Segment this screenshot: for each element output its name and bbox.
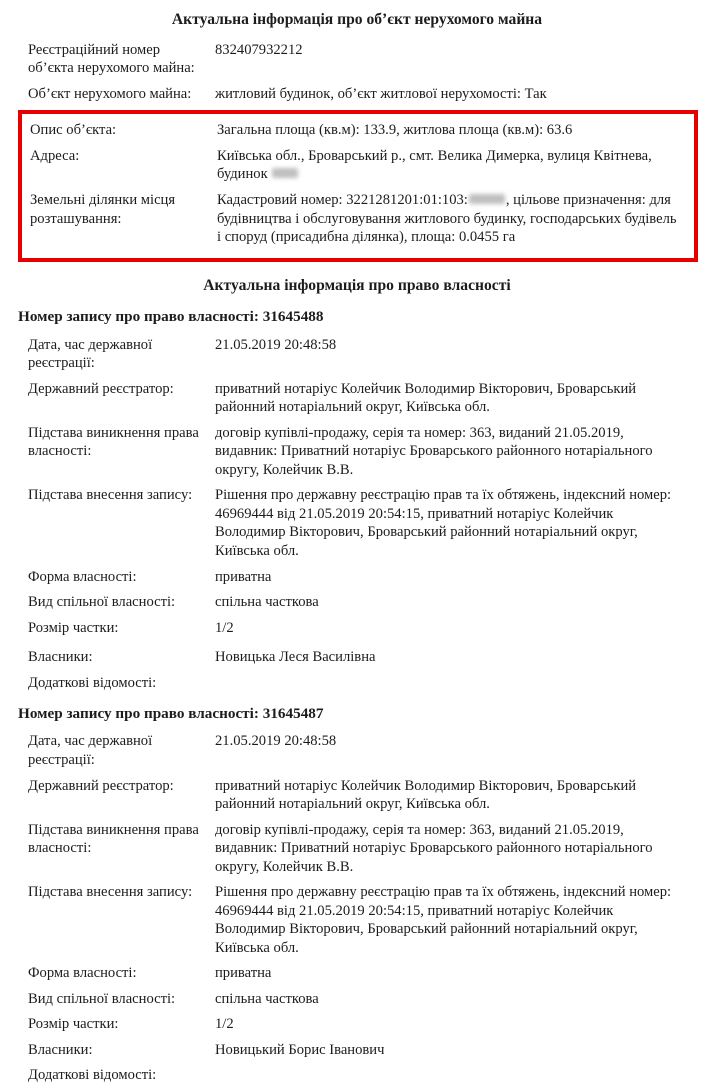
field-label: Державний реєстратор: xyxy=(28,380,215,399)
field-value xyxy=(215,674,684,692)
redacted-cadastral-suffix xyxy=(469,194,505,204)
row-additional-info: Додаткові відомості: xyxy=(0,674,714,693)
field-label: Форма власності: xyxy=(28,964,215,983)
field-label: Державний реєстратор: xyxy=(28,777,215,796)
field-label: Власники: xyxy=(28,648,215,667)
row-object-description: Опис об’єкта: Загальна площа (кв.м): 133… xyxy=(24,121,690,140)
row-state-registrar: Державний реєстратор: приватний нотаріус… xyxy=(0,380,714,417)
field-value: договір купівлі-продажу, серія та номер:… xyxy=(215,821,684,877)
row-joint-ownership-type: Вид спільної власності: спільна часткова xyxy=(0,593,714,612)
row-registration-datetime: Дата, час державної реєстрації: 21.05.20… xyxy=(0,732,714,769)
row-record-basis: Підстава внесення запису: Рішення про де… xyxy=(0,883,714,957)
row-ownership-form: Форма власності: приватна xyxy=(0,568,714,587)
field-label: Підстава внесення запису: xyxy=(28,883,215,902)
field-value: житловий будинок, об’єкт житлової нерухо… xyxy=(215,85,684,104)
section-title-ownership: Актуальна інформація про право власності xyxy=(0,276,714,296)
redacted-house-number xyxy=(272,168,298,178)
field-value: Кадастровий номер: 3221281201:01:103:, ц… xyxy=(217,191,680,247)
field-label: Адреса: xyxy=(30,147,217,166)
field-value: 21.05.2019 20:48:58 xyxy=(215,732,684,751)
field-label: Розмір частки: xyxy=(28,619,215,638)
row-object-type: Об’єкт нерухомого майна: житловий будино… xyxy=(0,85,714,104)
field-value: Новицький Борис Іванович xyxy=(215,1041,684,1060)
field-label: Вид спільної власності: xyxy=(28,593,215,612)
ownership-record: Номер запису про право власності: 316454… xyxy=(0,307,714,692)
field-value: договір купівлі-продажу, серія та номер:… xyxy=(215,424,684,480)
field-value: 832407932212 xyxy=(215,41,684,60)
record-heading: Номер запису про право власності: 316454… xyxy=(0,704,714,723)
row-owners: Власники: Новицький Борис Іванович xyxy=(0,1041,714,1060)
field-label: Підстава виникнення права власності: xyxy=(28,424,215,461)
row-share-size: Розмір частки: 1/2 xyxy=(0,619,714,638)
field-label: Опис об’єкта: xyxy=(30,121,217,140)
field-label: Дата, час державної реєстрації: xyxy=(28,336,215,373)
field-label: Реєстраційний номер об’єкта нерухомого м… xyxy=(28,41,215,78)
field-value: приватна xyxy=(215,964,684,983)
row-owners: Власники: Новицька Леся Василівна xyxy=(0,648,714,667)
field-value: приватний нотаріус Колейчик Володимир Ві… xyxy=(215,777,684,814)
field-value: Рішення про державну реєстрацію прав та … xyxy=(215,883,684,957)
row-address: Адреса: Київська обл., Броварський р., с… xyxy=(24,147,690,184)
field-label: Форма власності: xyxy=(28,568,215,587)
row-ownership-origin: Підстава виникнення права власності: дог… xyxy=(0,424,714,480)
field-label: Розмір частки: xyxy=(28,1015,215,1034)
row-share-size: Розмір частки: 1/2 xyxy=(0,1015,714,1034)
field-value: Київська обл., Броварський р., смт. Вели… xyxy=(217,147,680,184)
field-label: Земельні ділянки місця розташування: xyxy=(30,191,217,228)
field-label: Підстава виникнення права власності: xyxy=(28,821,215,858)
field-value: спільна часткова xyxy=(215,593,684,612)
field-value: приватний нотаріус Колейчик Володимир Ві… xyxy=(215,380,684,417)
field-value: Новицька Леся Василівна xyxy=(215,648,684,667)
row-joint-ownership-type: Вид спільної власності: спільна часткова xyxy=(0,990,714,1009)
field-label: Додаткові відомості: xyxy=(28,674,215,693)
field-value: приватна xyxy=(215,568,684,587)
field-value: 1/2 xyxy=(215,1015,684,1034)
field-label: Об’єкт нерухомого майна: xyxy=(28,85,215,104)
highlighted-info-box: Опис об’єкта: Загальна площа (кв.м): 133… xyxy=(18,110,698,261)
field-label: Додаткові відомості: xyxy=(28,1066,215,1085)
row-state-registrar: Державний реєстратор: приватний нотаріус… xyxy=(0,777,714,814)
row-ownership-origin: Підстава виникнення права власності: дог… xyxy=(0,821,714,877)
cadastral-number-text: Кадастровий номер: 3221281201:01:103: xyxy=(217,192,468,208)
field-value xyxy=(215,1066,684,1084)
row-registration-number: Реєстраційний номер об’єкта нерухомого м… xyxy=(0,41,714,78)
field-value: Рішення про державну реєстрацію прав та … xyxy=(215,486,684,560)
field-label: Дата, час державної реєстрації: xyxy=(28,732,215,769)
field-value: Загальна площа (кв.м): 133.9, житлова пл… xyxy=(217,121,680,140)
registry-extract-document: Актуальна інформація про об’єкт нерухомо… xyxy=(0,0,714,1085)
row-record-basis: Підстава внесення запису: Рішення про де… xyxy=(0,486,714,560)
record-heading: Номер запису про право власності: 316454… xyxy=(0,307,714,326)
field-label: Підстава внесення запису: xyxy=(28,486,215,505)
row-ownership-form: Форма власності: приватна xyxy=(0,964,714,983)
row-additional-info: Додаткові відомості: xyxy=(0,1066,714,1085)
field-value: 1/2 xyxy=(215,619,684,638)
row-registration-datetime: Дата, час державної реєстрації: 21.05.20… xyxy=(0,336,714,373)
field-label: Власники: xyxy=(28,1041,215,1060)
field-value: 21.05.2019 20:48:58 xyxy=(215,336,684,355)
ownership-record: Номер запису про право власності: 316454… xyxy=(0,704,714,1085)
row-land-parcels: Земельні ділянки місця розташування: Кад… xyxy=(24,191,690,247)
field-value: спільна часткова xyxy=(215,990,684,1009)
section-title-property: Актуальна інформація про об’єкт нерухомо… xyxy=(0,10,714,30)
field-label: Вид спільної власності: xyxy=(28,990,215,1009)
